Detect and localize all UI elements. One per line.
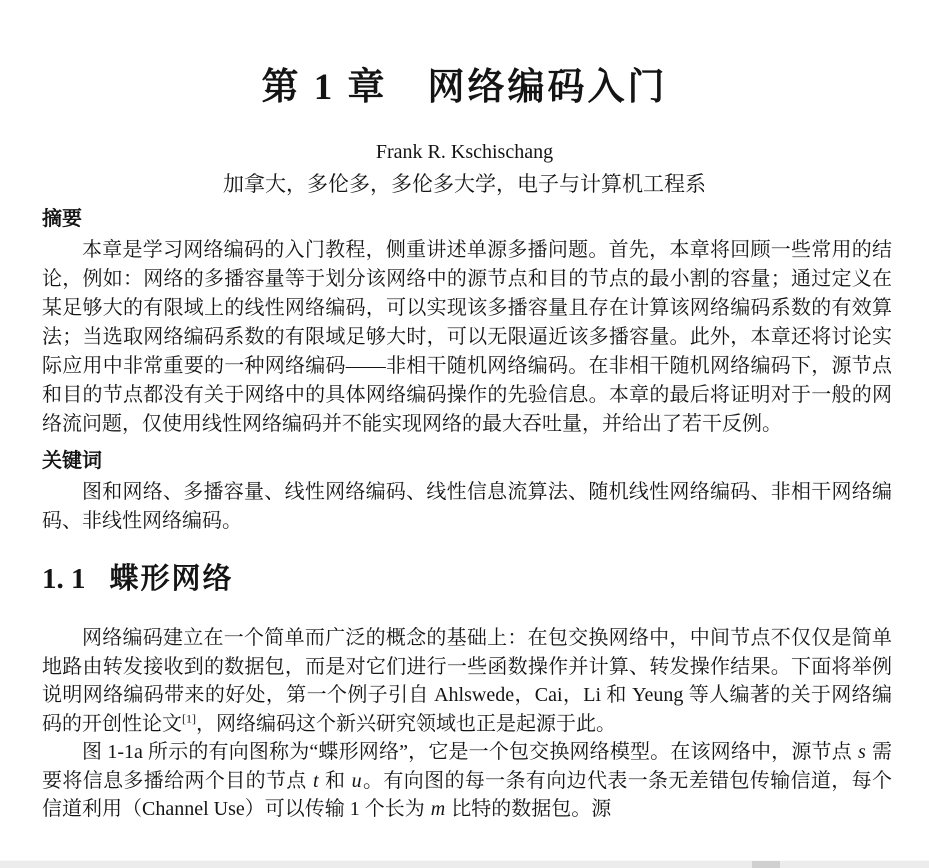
section-heading: 1. 1蝶形网络 — [42, 560, 892, 598]
paragraph-2-text: 和 — [320, 770, 351, 792]
abstract-text: 本章是学习网络编码的入门教程，侧重讲述单源多播问题。首先，本章将回顾一些常用的结… — [42, 236, 892, 439]
citation-ref-1: [1] — [182, 711, 196, 725]
math-var-t: t — [312, 770, 320, 792]
horizontal-scrollbar[interactable] — [0, 860, 929, 868]
keywords-label: 关键词 — [42, 448, 892, 474]
section-number: 1. 1 — [42, 563, 86, 595]
section-title: 蝶形网络 — [110, 563, 234, 595]
paragraph-2: 图 1-1a 所示的有向图称为“蝶形网络”，它是一个包交换网络模型。在该网络中，… — [42, 738, 892, 824]
keywords-text: 图和网络、多播容量、线性网络编码、线性信息流算法、随机线性网络编码、非相干网络编… — [42, 478, 892, 536]
scrollbar-thumb[interactable] — [752, 861, 780, 868]
chapter-title: 第 1 章 网络编码入门 — [0, 0, 929, 110]
abstract-label: 摘要 — [42, 206, 892, 232]
document-page: 第 1 章 网络编码入门 Frank R. Kschischang 加拿大，多伦… — [0, 0, 929, 868]
math-var-s: s — [857, 741, 867, 763]
paragraph-1: 网络编码建立在一个简单而广泛的概念的基础上：在包交换网络中，中间节点不仅仅是简单… — [42, 624, 892, 738]
math-var-m: m — [430, 798, 446, 820]
author-affiliation: 加拿大，多伦多，多伦多大学，电子与计算机工程系 — [0, 171, 929, 197]
page-content: 摘要 本章是学习网络编码的入门教程，侧重讲述单源多播问题。首先，本章将回顾一些常… — [0, 206, 929, 824]
paragraph-2-text: 比特的数据包。源 — [446, 798, 611, 820]
paragraph-1-text-after-ref: ，网络编码这个新兴研究领域也正是起源于此。 — [196, 713, 616, 735]
math-var-u: u — [351, 770, 363, 792]
paragraph-2-text: 图 1-1a 所示的有向图称为“蝶形网络”，它是一个包交换网络模型。在该网络中，… — [82, 741, 857, 763]
author-name: Frank R. Kschischang — [0, 140, 929, 164]
